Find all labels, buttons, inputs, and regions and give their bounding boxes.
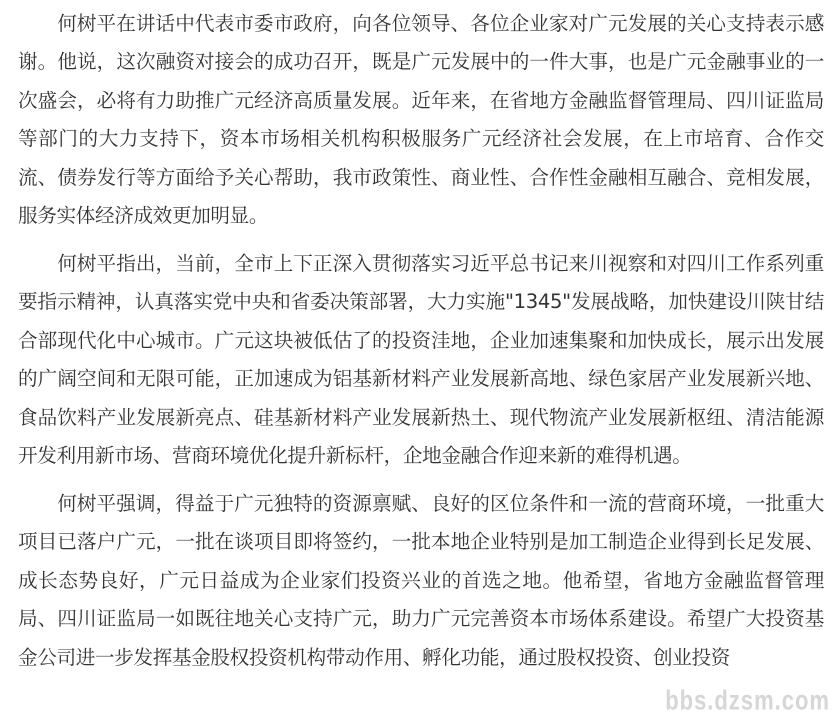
paragraph-thanks: 何树平在讲话中代表市委市政府，向各位领导、各位企业家对广元发展的关心支持表示感谢… <box>18 5 824 235</box>
site-watermark: bbs.dzsm.com <box>665 685 830 718</box>
paragraph-emphasis: 何树平强调，得益于广元独特的资源禀赋、良好的区位条件和一流的营商环境，一批重大项… <box>18 485 824 677</box>
paragraph-strategy: 何树平指出，当前，全市上下正深入贯彻落实习近平总书记来川视察和对四川工作系列重要… <box>18 245 824 475</box>
article-body: 何树平在讲话中代表市委市政府，向各位领导、各位企业家对广元发展的关心支持表示感谢… <box>18 5 824 687</box>
